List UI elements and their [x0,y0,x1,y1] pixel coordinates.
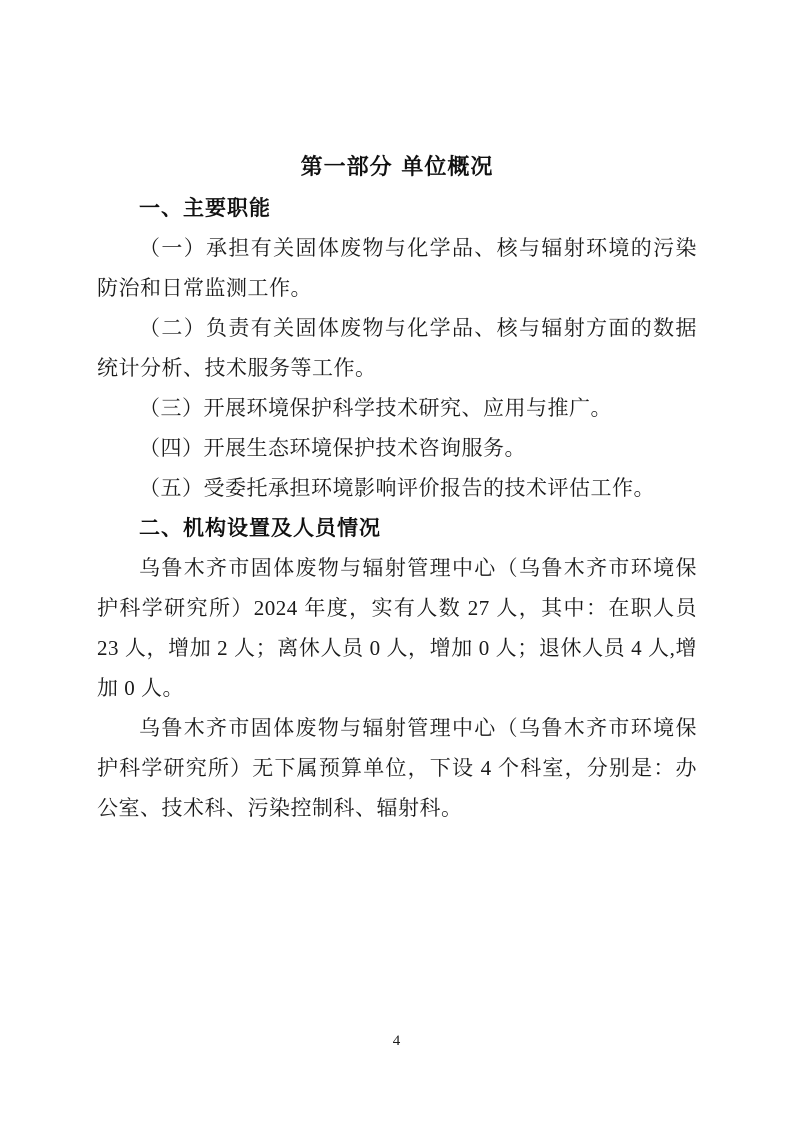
paragraph: （一）承担有关固体废物与化学品、核与辐射环境的污染防治和日常监测工作。 [97,228,697,308]
section-org-and-staff: 二、机构设置及人员情况 乌鲁木齐市固体废物与辐射管理中心（乌鲁木齐市环境保护科学… [97,508,697,828]
document-page: 第一部分 单位概况 一、主要职能 （一）承担有关固体废物与化学品、核与辐射环境的… [0,0,793,1122]
page-title: 第一部分 单位概况 [97,148,697,188]
section-heading-main-functions: 一、主要职能 [97,188,697,228]
section-main-functions: 一、主要职能 （一）承担有关固体废物与化学品、核与辐射环境的污染防治和日常监测工… [97,188,697,508]
paragraph: 乌鲁木齐市固体废物与辐射管理中心（乌鲁木齐市环境保护科学研究所）2024 年度，… [97,548,697,708]
paragraph: （二）负责有关固体废物与化学品、核与辐射方面的数据统计分析、技术服务等工作。 [97,308,697,388]
section-heading-org-and-staff: 二、机构设置及人员情况 [97,508,697,548]
page-number: 4 [0,1033,793,1050]
paragraph: （五）受委托承担环境影响评价报告的技术评估工作。 [97,468,697,508]
page-content: 第一部分 单位概况 一、主要职能 （一）承担有关固体废物与化学品、核与辐射环境的… [0,0,793,828]
paragraph: 乌鲁木齐市固体废物与辐射管理中心（乌鲁木齐市环境保护科学研究所）无下属预算单位，… [97,708,697,828]
paragraph: （四）开展生态环境保护技术咨询服务。 [97,428,697,468]
paragraph: （三）开展环境保护科学技术研究、应用与推广。 [97,388,697,428]
